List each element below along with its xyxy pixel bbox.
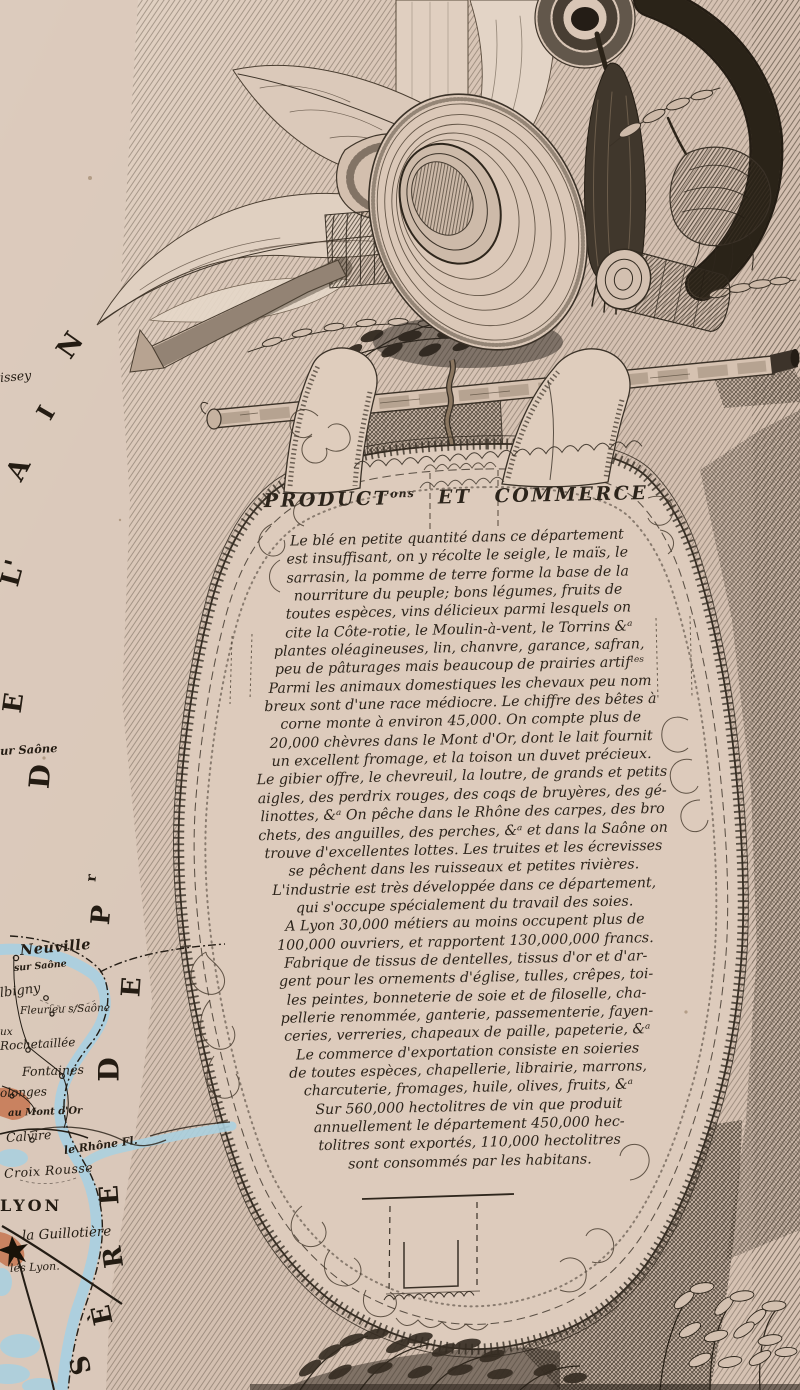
title-word: PRODUCT xyxy=(264,487,391,512)
town-label-fontaines: Fontaines xyxy=(22,1062,84,1079)
town-label-issey: issey xyxy=(0,367,32,385)
neighbor-letter: R xyxy=(97,1244,130,1270)
town-label-lyon: LYON xyxy=(0,1196,62,1215)
cartouche-text-panel: PRODUCTons ET COMMERCE Le blé en petite … xyxy=(233,481,693,1175)
neighbor-letter: r xyxy=(83,874,100,883)
neighbor-letter: D xyxy=(23,763,58,790)
town-label-collonges: olonges xyxy=(0,1084,47,1100)
town-label-ux-partial: ux xyxy=(0,1026,13,1038)
neighbor-letter: D xyxy=(93,1057,126,1081)
page-root: issey ur Saône Neuville sur Saône lbigny… xyxy=(0,0,800,1390)
neighbor-letter: E xyxy=(0,691,30,715)
title-superscript: ons xyxy=(390,487,415,501)
town-label-caluire: Calvire xyxy=(5,1127,51,1145)
neighbor-letter: E xyxy=(94,1184,125,1206)
neighbor-letter: P xyxy=(86,904,118,926)
title-word: ET COMMERCE xyxy=(438,482,649,508)
town-label-les-lyon: lés Lyon. xyxy=(10,1259,60,1275)
neighbor-letter: E xyxy=(116,976,147,998)
